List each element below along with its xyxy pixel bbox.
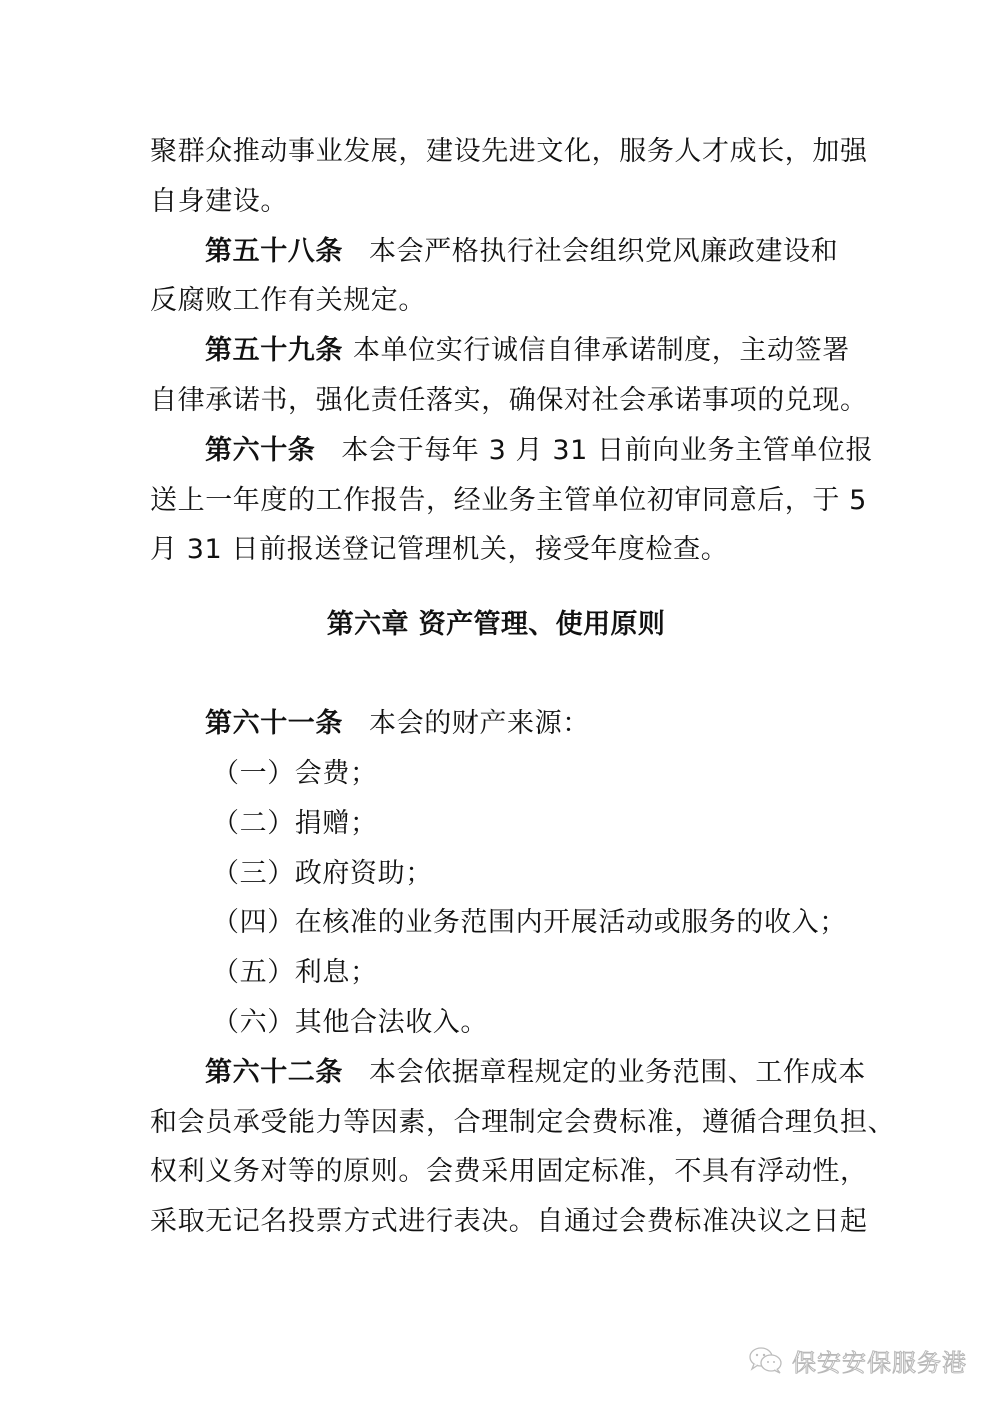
article-text: 本会依据章程规定的业务范围、工作成本 [369, 1057, 866, 1088]
body-line: 自律承诺书，强化责任落实，确保对社会承诺事项的兑现。 [150, 376, 842, 426]
article-60: 第六十条本会于每年 3 月 31 日前向业务主管单位报 [150, 426, 842, 476]
article-label: 第六十条 [205, 435, 315, 466]
article-text: 本会的财产来源： [369, 708, 590, 739]
body-line: 和会员承受能力等因素，合理制定会费标准，遵循合理负担、 [150, 1098, 842, 1148]
list-item: （六）其他合法收入。 [150, 998, 842, 1048]
article-label: 第六十二条 [205, 1057, 343, 1088]
body-line: 自身建设。 [150, 177, 842, 227]
list-item: （一）会费； [150, 749, 842, 799]
article-label: 第五十八条 [205, 236, 343, 267]
article-text: 本会于每年 3 月 31 日前向业务主管单位报 [341, 435, 873, 466]
article-label: 第六十一条 [205, 708, 343, 739]
article-text: 本单位实行诚信自律承诺制度，主动签署 [353, 335, 850, 366]
watermark: 保安安保服务港 [748, 1340, 967, 1380]
body-line: 权利义务对等的原则。会费采用固定标准，不具有浮动性， [150, 1147, 842, 1197]
list-item: （五）利息； [150, 948, 842, 998]
body-line: 月 31 日前报送登记管理机关，接受年度检查。 [150, 525, 842, 575]
list-item: （二）捐赠； [150, 799, 842, 849]
body-line: 送上一年度的工作报告，经业务主管单位初审同意后，于 5 [150, 476, 842, 526]
article-61: 第六十一条本会的财产来源： [150, 699, 842, 749]
article-label: 第五十九条 [205, 335, 343, 366]
document-page: 聚群众推动事业发展，建设先进文化，服务人才成长，加强 自身建设。 第五十八条本会… [150, 127, 842, 1247]
article-58: 第五十八条本会严格执行社会组织党风廉政建设和 [150, 227, 842, 277]
wechat-icon [748, 1345, 784, 1375]
list-item: （四）在核准的业务范围内开展活动或服务的收入； [150, 898, 842, 948]
article-59: 第五十九条本单位实行诚信自律承诺制度，主动签署 [150, 326, 842, 376]
body-line: 聚群众推动事业发展，建设先进文化，服务人才成长，加强 [150, 127, 842, 177]
article-62: 第六十二条本会依据章程规定的业务范围、工作成本 [150, 1048, 842, 1098]
body-line: 采取无记名投票方式进行表决。自通过会费标准决议之日起 [150, 1197, 842, 1247]
chapter-heading: 第六章 资产管理、使用原则 [150, 600, 842, 650]
list-item: （三）政府资助； [150, 849, 842, 899]
watermark-text: 保安安保服务港 [792, 1343, 967, 1378]
body-line: 反腐败工作有关规定。 [150, 276, 842, 326]
article-text: 本会严格执行社会组织党风廉政建设和 [369, 236, 838, 267]
